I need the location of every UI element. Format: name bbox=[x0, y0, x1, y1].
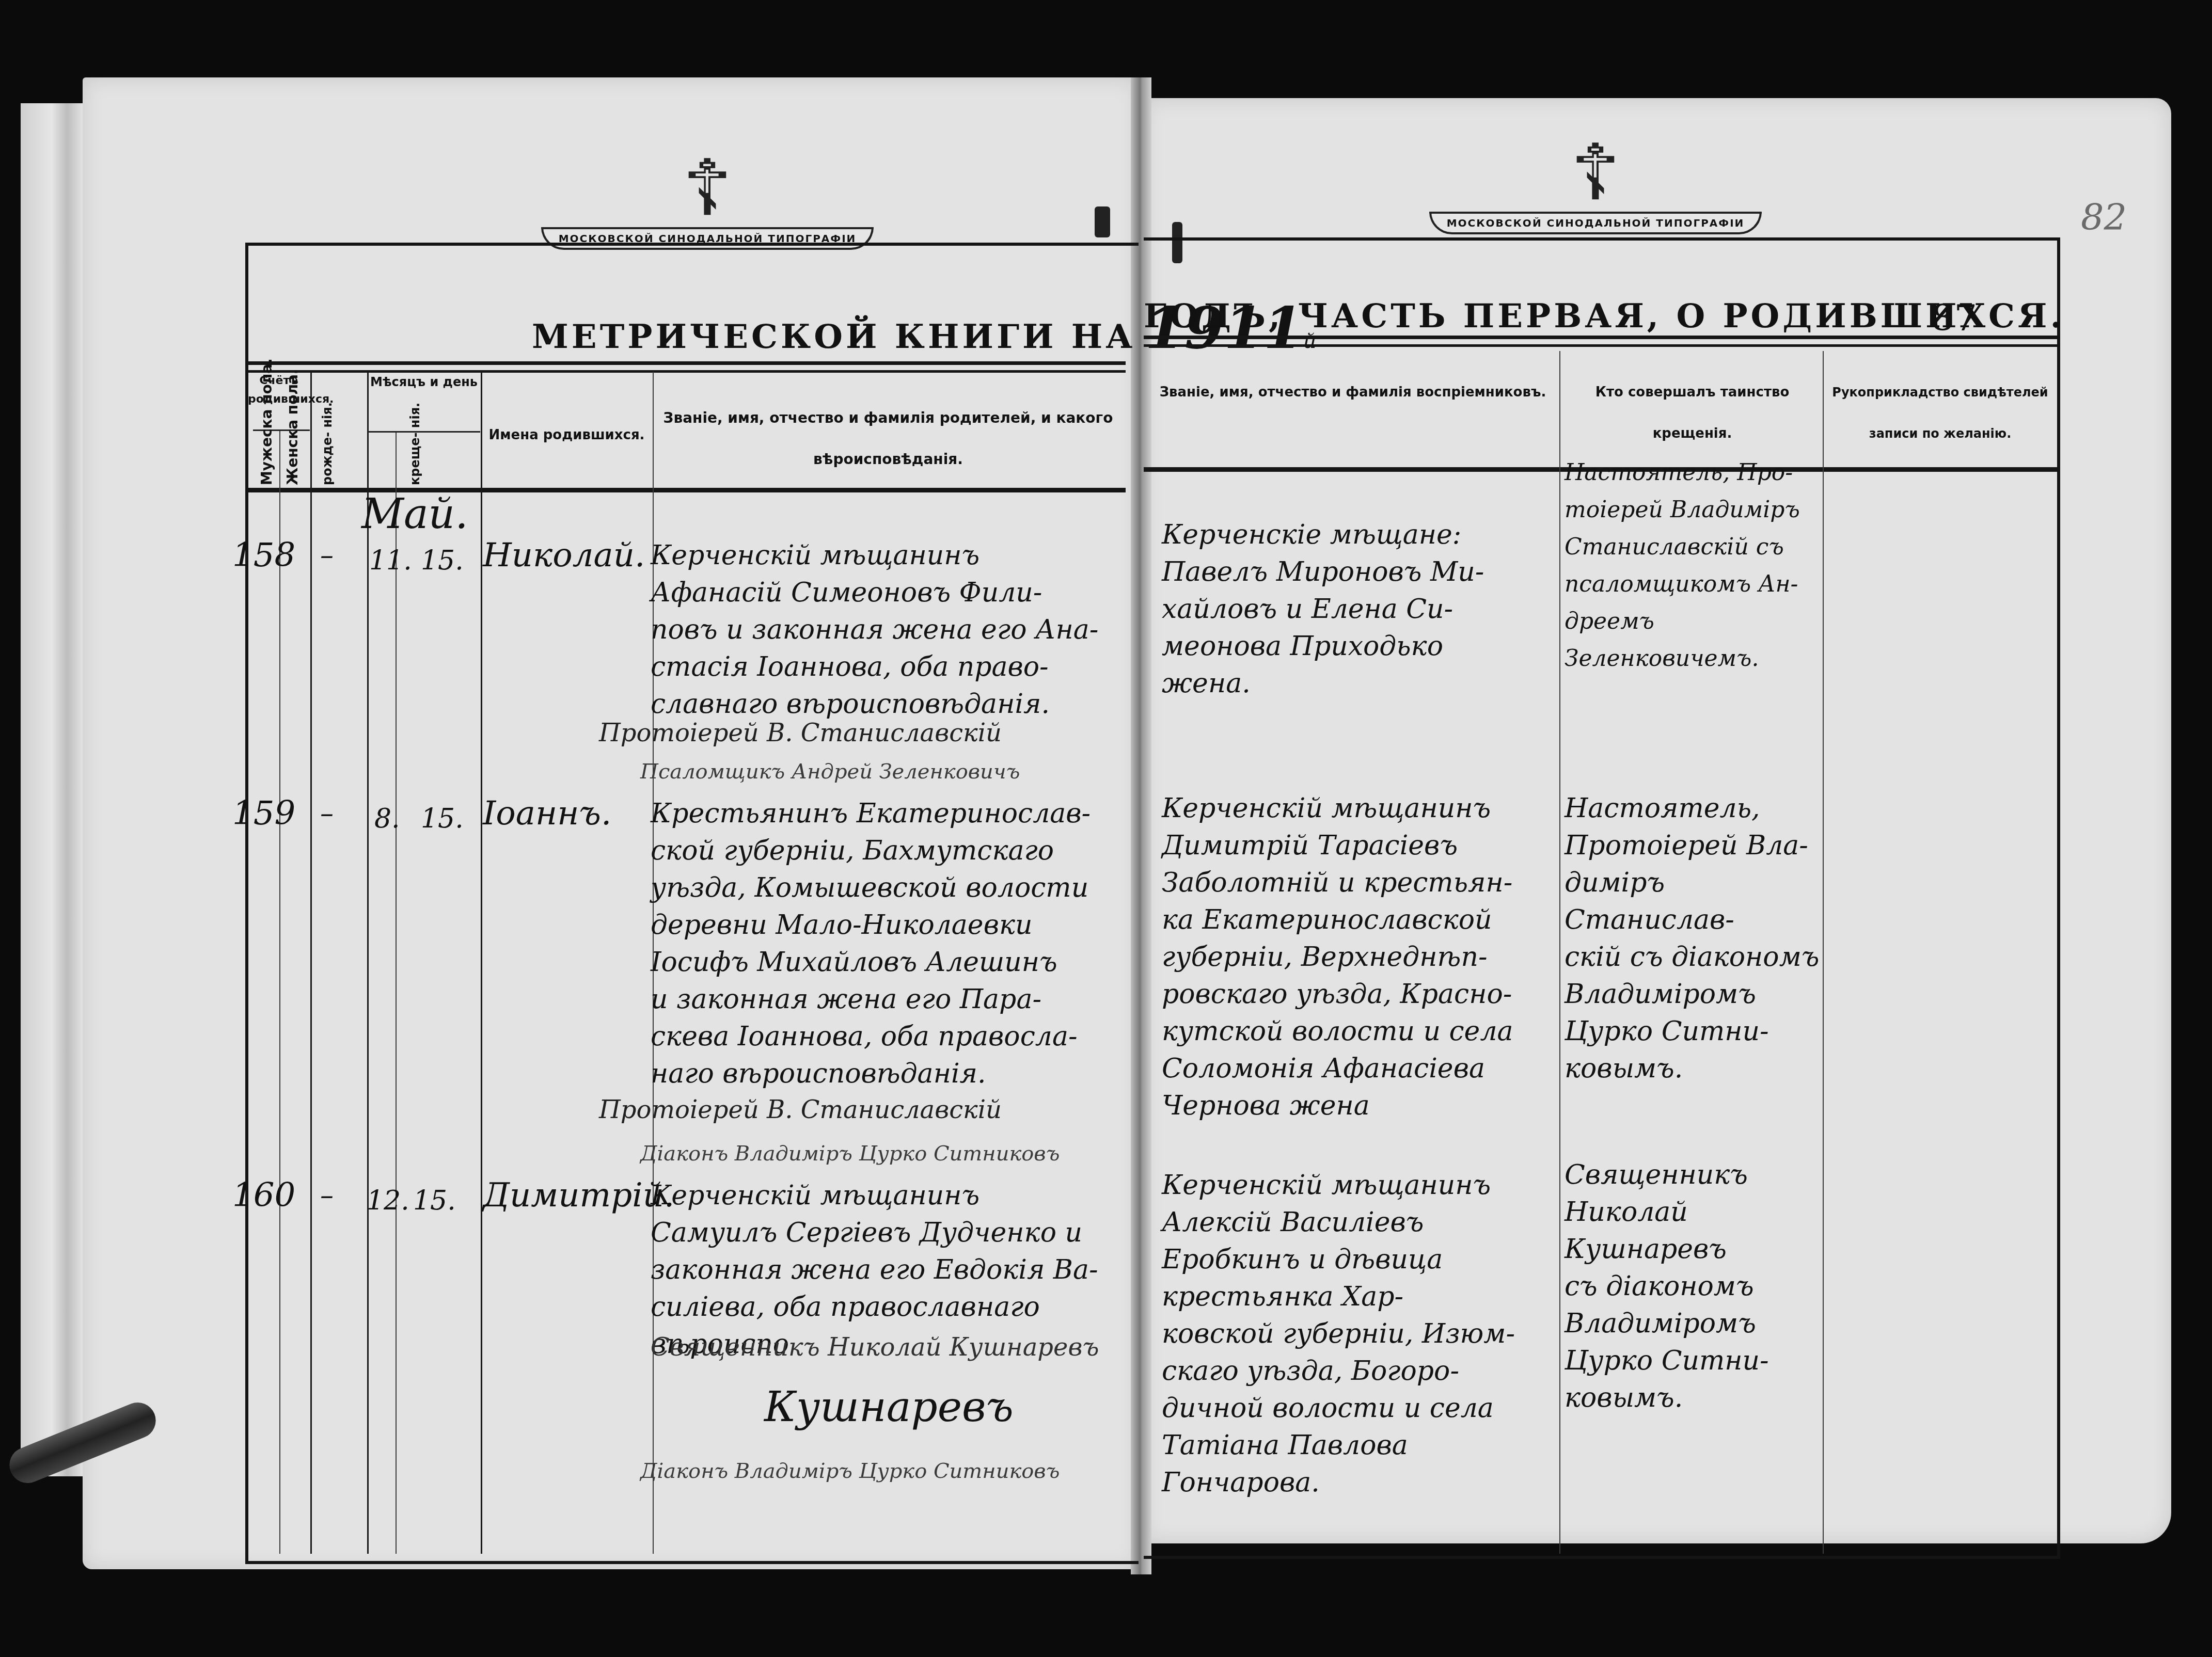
header-month-day: Мѣсяцъ и день bbox=[368, 372, 480, 392]
header-rule bbox=[248, 361, 1126, 373]
birth-day: 12. bbox=[367, 1182, 409, 1219]
officiant-text: Настоятель, Про- тоіерей Владиміръ Стани… bbox=[1565, 454, 1823, 677]
title-text-right: ГОДЪ, ЧАСТЬ ПЕРВАЯ, О РОДИВШИХСЯ. bbox=[1144, 297, 2065, 336]
header-baptism: креще- нія. bbox=[408, 439, 422, 485]
signature-priest: Протоіерей В. Станиславскій bbox=[599, 1094, 1002, 1125]
birth-day: 8. bbox=[374, 800, 400, 837]
header-birth: рожде- нія. bbox=[320, 439, 335, 485]
col-divider bbox=[310, 372, 312, 1554]
header-names: Имена родившихся. bbox=[483, 423, 651, 448]
signature-psalmist: Псаломщикъ Андрей Зеленковичъ bbox=[640, 756, 1020, 787]
entry-dash: – bbox=[320, 795, 334, 832]
baptism-day: 15. bbox=[421, 800, 464, 837]
child-name: Димитрій. bbox=[483, 1177, 674, 1214]
godparents-text: Керченскій мѣщанинъ Алексій Василіевъ Ер… bbox=[1162, 1167, 1554, 1501]
col-divider bbox=[367, 372, 369, 1554]
officiant-text: Настоятель, Протоіерей Вла- диміръ Стани… bbox=[1565, 790, 1823, 1087]
sub-rule bbox=[368, 431, 480, 433]
page-number: 87 bbox=[1931, 297, 1977, 339]
godparents-text: Керченскіе мѣщане: Павелъ Мироновъ Ми- х… bbox=[1162, 516, 1554, 702]
title-text-left: МЕТРИЧЕСКОЙ КНИГИ НА bbox=[532, 317, 1135, 356]
signature-priest: Священникъ Николай Кушнаревъ bbox=[651, 1332, 1099, 1363]
col-divider bbox=[1559, 351, 1560, 1554]
col-divider bbox=[1823, 351, 1824, 1554]
header-male: Мужеска пола. bbox=[258, 439, 275, 485]
parents-text: Керченскій мѣщанинъ Афанасій Симеоновъ Ф… bbox=[651, 537, 1136, 723]
crest-ribbon: МОСКОВСКОЙ СИНОДАЛЬНОЙ ТИПОГРАФІИ bbox=[1429, 212, 1762, 234]
baptism-day: 15. bbox=[413, 1182, 456, 1219]
signature-large: Кушнаревъ bbox=[764, 1389, 1014, 1426]
crest-right: ☦ МОСКОВСКОЙ СИНОДАЛЬНОЙ ТИПОГРАФІИ bbox=[1487, 134, 1704, 234]
col-divider bbox=[396, 431, 397, 1554]
binding-clip bbox=[1095, 206, 1110, 237]
header-female: Женска пола. bbox=[284, 439, 301, 485]
header-godparents: Званіе, имя, отчество и фамилія воспріем… bbox=[1151, 372, 1554, 413]
crest-left: ☦ МОСКОВСКОЙ СИНОДАЛЬНОЙ ТИПОГРАФІИ bbox=[599, 150, 816, 250]
baptism-day: 15. bbox=[421, 542, 464, 579]
entry-dash: – bbox=[320, 1177, 334, 1214]
child-name: Іоаннъ. bbox=[483, 795, 611, 832]
double-headed-eagle-icon: ☦ bbox=[682, 150, 732, 227]
officiant-text: Священникъ Николай Кушнаревъ съ діаконом… bbox=[1565, 1156, 1823, 1416]
parents-text: Крестьянинъ Екатеринослав- ской губерніи… bbox=[651, 795, 1136, 1092]
header-parents: Званіе, имя, отчество и фамилія родителе… bbox=[656, 397, 1120, 480]
godparents-text: Керченскій мѣщанинъ Димитрій Тарасіевъ З… bbox=[1162, 790, 1554, 1124]
col-divider bbox=[279, 431, 280, 1554]
header-officiant: Кто совершалъ таинство крещенія. bbox=[1565, 372, 1820, 454]
col-divider bbox=[481, 372, 482, 1554]
signature-priest: Протоіерей В. Станиславскій bbox=[599, 718, 1002, 748]
entry-dash: – bbox=[320, 537, 334, 574]
title-right: ГОДЪ, ЧАСТЬ ПЕРВАЯ, О РОДИВШИХСЯ. bbox=[1144, 297, 1949, 336]
month-label: Май. bbox=[361, 496, 468, 533]
entry-number: 159 bbox=[232, 795, 295, 832]
double-headed-eagle-icon: ☦ bbox=[1570, 134, 1620, 212]
entry-number: 160 bbox=[232, 1177, 295, 1214]
birth-day: 11. bbox=[369, 542, 412, 579]
entry-number: 158 bbox=[232, 537, 295, 574]
signature-deacon: Діаконъ Владиміръ Цурко Ситниковъ bbox=[640, 1138, 1060, 1169]
header-witnesses: Рукоприкладство свидѣтелей записи по жел… bbox=[1825, 372, 2055, 454]
child-name: Николай. bbox=[483, 537, 645, 574]
header-rule bbox=[1144, 336, 2058, 347]
folio-number: 82 bbox=[2081, 196, 2127, 238]
signature-deacon: Діаконъ Владиміръ Цурко Ситниковъ bbox=[640, 1456, 1060, 1487]
